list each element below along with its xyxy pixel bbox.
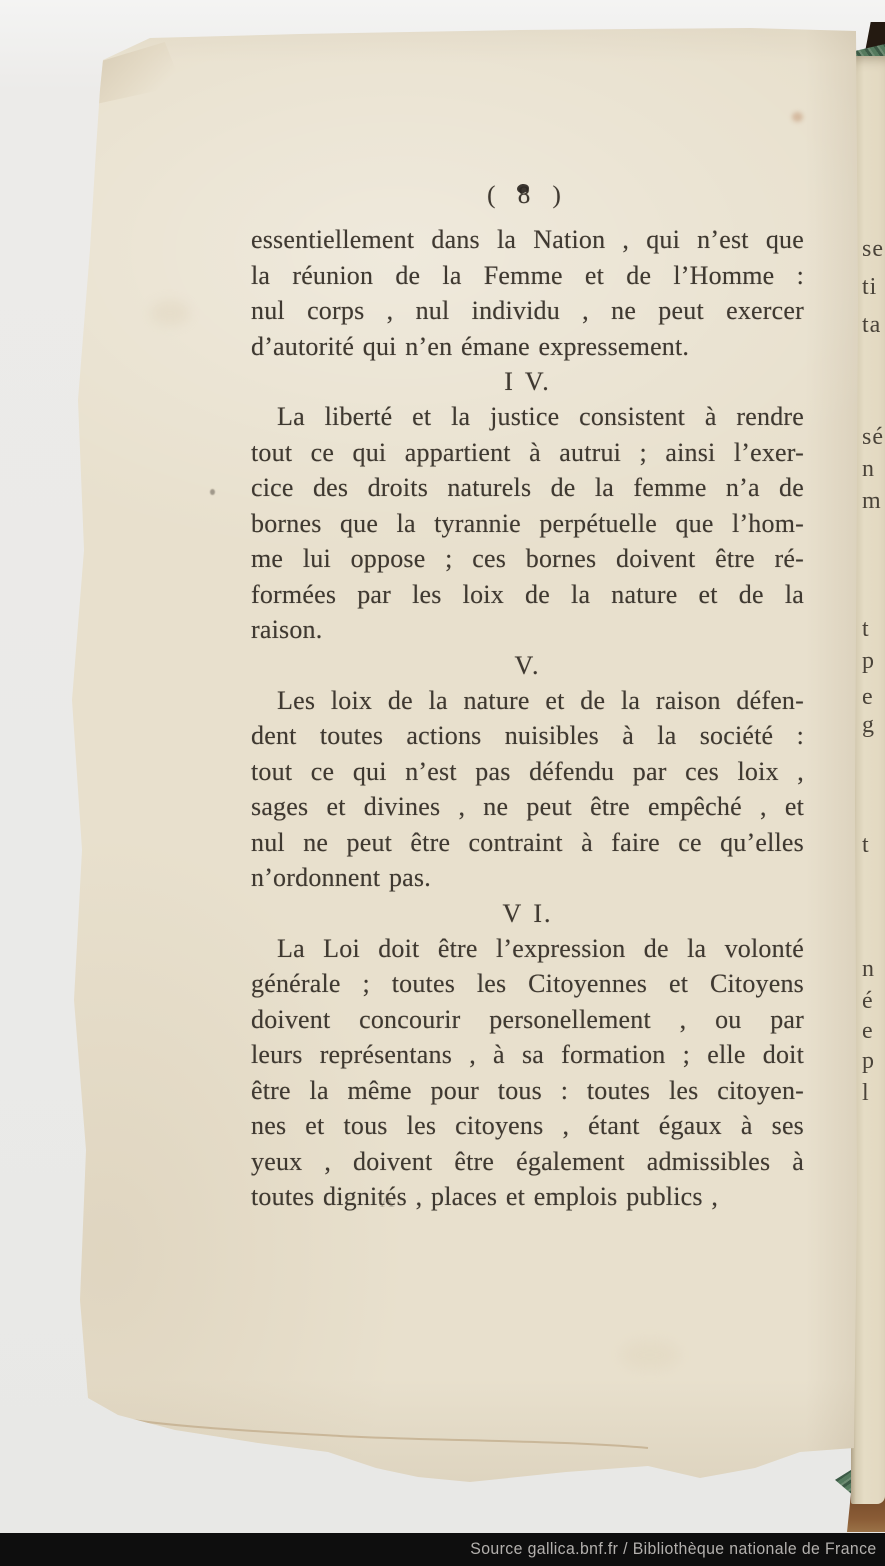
text-line: leurs représentans , à sa formation ; el… bbox=[251, 1037, 804, 1073]
scan-viewport: setitasénmtpegtnéepl ( 8 ) essentielleme… bbox=[0, 0, 885, 1566]
text-line: essentiellement dans la Nation , qui n’e… bbox=[251, 222, 804, 258]
page-sections: essentiellement dans la Nation , qui n’e… bbox=[251, 222, 804, 1215]
text-line: nes et tous les citoyens , étant égaux à… bbox=[251, 1108, 804, 1144]
adjacent-line-fragment: e bbox=[862, 684, 885, 711]
text-line: générale ; toutes les Citoyennes et Cito… bbox=[251, 966, 804, 1002]
paper-stain bbox=[150, 300, 190, 326]
adjacent-line-fragment: l bbox=[862, 1080, 885, 1107]
adjacent-line-fragment: t bbox=[862, 832, 885, 859]
text-line: nul corps , nul individu , ne peut exerc… bbox=[251, 293, 804, 329]
text-line: d’autorité qui n’en émane expressement. bbox=[251, 329, 804, 365]
adjacent-line-fragment: m bbox=[862, 488, 885, 515]
adjacent-line-fragment: n bbox=[862, 456, 885, 483]
adjacent-line-fragment: n bbox=[862, 956, 885, 983]
text-line: nul ne peut être contraint à faire ce qu… bbox=[251, 825, 804, 861]
page-number: ( 8 ) bbox=[251, 178, 804, 214]
adjacent-line-fragment: sé bbox=[862, 424, 885, 451]
adjacent-line-fragment: ti bbox=[862, 274, 885, 301]
gallica-attribution-bar: Source gallica.bnf.fr / Bibliothèque nat… bbox=[0, 1533, 885, 1566]
adjacent-line-fragment: é bbox=[862, 988, 885, 1015]
adjacent-line-fragment: p bbox=[862, 648, 885, 675]
text-line: doivent concourir personellement , ou pa… bbox=[251, 1002, 804, 1038]
text-line: yeux , doivent être également admissible… bbox=[251, 1144, 804, 1180]
text-line: être la même pour tous : toutes les cito… bbox=[251, 1073, 804, 1109]
paper-stain bbox=[620, 1340, 680, 1370]
text-line: tout ce qui n’est pas défendu par ces lo… bbox=[251, 754, 804, 790]
adjacent-line-fragment: t bbox=[862, 616, 885, 643]
text-line: raison. bbox=[251, 612, 804, 648]
text-line: La liberté et la justice consistent à re… bbox=[251, 399, 804, 435]
paper-stain bbox=[792, 112, 803, 122]
adjacent-line-fragment: e bbox=[862, 1018, 885, 1045]
article-heading: I V. bbox=[251, 364, 804, 399]
text-line: la réunion de la Femme et de l’Homme : bbox=[251, 258, 804, 294]
adjacent-line-fragment: g bbox=[862, 712, 885, 739]
text-line: toutes dignités , places et emplois publ… bbox=[251, 1179, 804, 1215]
text-line: bornes que la tyrannie perpétuelle que l… bbox=[251, 506, 804, 542]
article-heading: V. bbox=[251, 648, 804, 683]
adjacent-line-fragment: p bbox=[862, 1048, 885, 1075]
text-line: tout ce qui appartient à autrui ; ainsi … bbox=[251, 435, 804, 471]
page-corner-fold bbox=[96, 42, 182, 104]
adjacent-line-fragment: se bbox=[862, 236, 885, 263]
signature-mark: A bbox=[380, 1190, 394, 1213]
page-text-block: ( 8 ) essentiellement dans la Nation , q… bbox=[251, 178, 804, 1215]
text-line: sages et divines , ne peut être empêché … bbox=[251, 789, 804, 825]
text-line: n’ordonnent pas. bbox=[251, 860, 804, 896]
paper-speck bbox=[210, 489, 215, 495]
text-line: formées par les loix de la nature et de … bbox=[251, 577, 804, 613]
adjacent-line-fragment: ta bbox=[862, 312, 885, 339]
text-line: dent toutes actions nuisibles à la socié… bbox=[251, 718, 804, 754]
text-line: La Loi doit être l’expression de la volo… bbox=[251, 931, 804, 967]
article-heading: V I. bbox=[251, 896, 804, 931]
text-line: me lui oppose ; ces bornes doivent être … bbox=[251, 541, 804, 577]
book-page: ( 8 ) essentiellement dans la Nation , q… bbox=[0, 0, 885, 1566]
attribution-text: Source gallica.bnf.fr / Bibliothèque nat… bbox=[470, 1540, 885, 1559]
text-line: cice des droits naturels de la femme n’a… bbox=[251, 470, 804, 506]
text-line: Les loix de la nature et de la raison dé… bbox=[251, 683, 804, 719]
